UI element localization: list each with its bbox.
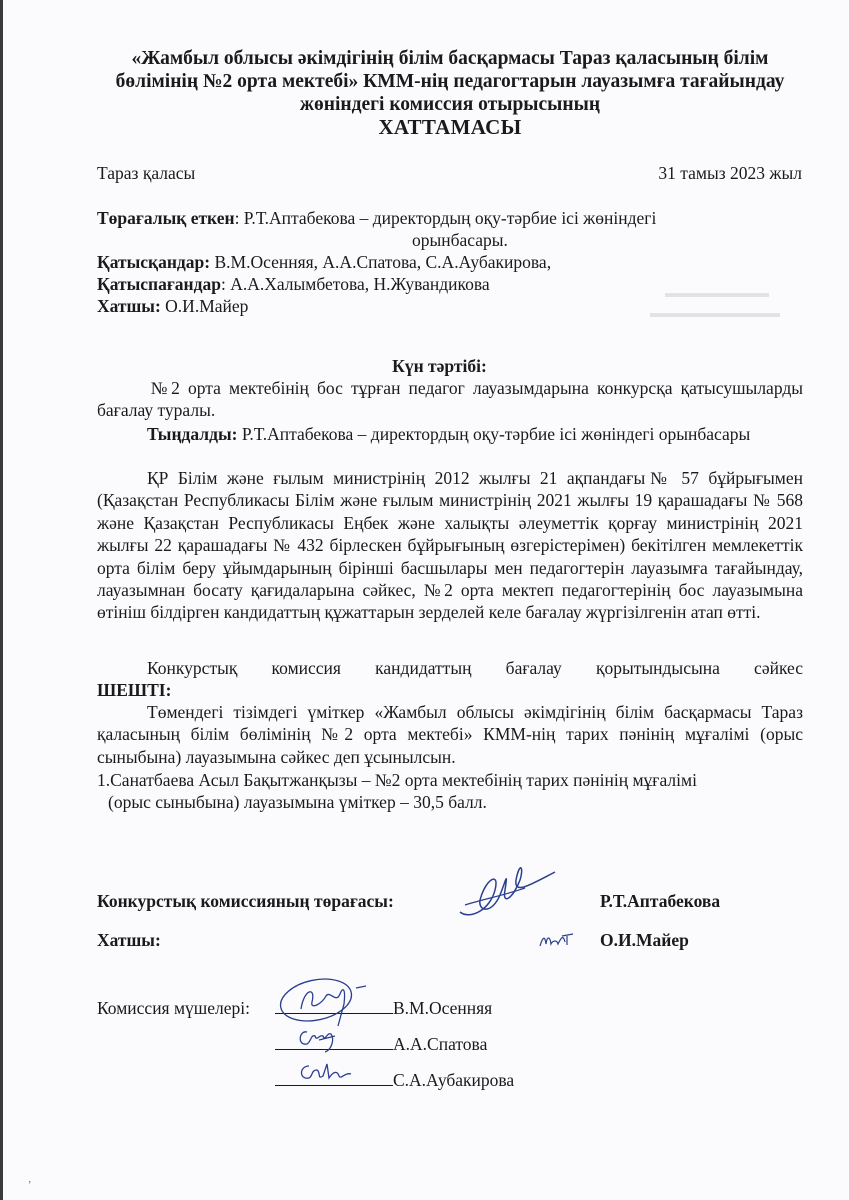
scanned-document-page: «Жамбыл облысы әкімдігінің білім басқарм…: [0, 0, 849, 1200]
scan-edge: [0, 0, 3, 1200]
title-line-3: жөніндегі комиссия отырысының: [100, 93, 800, 116]
heard-paragraph: Тыңдалды: Р.Т.Аптабекова – директордың о…: [97, 423, 803, 445]
secretary-signature-icon: [537, 928, 577, 950]
chair-label: Төрағалық еткен: [97, 208, 235, 228]
chair-line: Төрағалық еткен: Р.Т.Аптабекова – директ…: [97, 207, 656, 229]
body-paragraph: ҚР Білім және ғылым министрінің 2012 жыл…: [97, 467, 803, 624]
decision-paragraph-text: Төмендегі тізімдегі үміткер «Жамбыл облы…: [97, 702, 803, 767]
absent-value: : А.А.Халымбетова, Н.Жувандикова: [221, 274, 490, 294]
commission-paragraph: Конкурстық комиссия кандидаттың бағалау …: [97, 657, 803, 679]
present-value: В.М.Осенняя, А.А.Спатова, С.А.Аубакирова…: [210, 252, 551, 272]
agenda-text-content: №2 орта мектебінің бос тұрған педагог ла…: [97, 378, 803, 420]
scan-mark: ʼ: [28, 1180, 31, 1191]
date: 31 тамыз 2023 жыл: [658, 162, 802, 184]
member-name-3: С.А.Аубакирова: [393, 1070, 514, 1090]
decision-paragraph: Төмендегі тізімдегі үміткер «Жамбыл облы…: [97, 701, 803, 768]
chair-value: : Р.Т.Аптабекова – директордың оқу-тәрби…: [235, 208, 657, 228]
heard-label: Тыңдалды:: [147, 424, 237, 444]
document-title: «Жамбыл облысы әкімдігінің білім басқарм…: [100, 47, 800, 139]
body-paragraph-text: ҚР Білім және ғылым министрінің 2012 жыл…: [97, 468, 803, 622]
candidate-line-1: 1.Санатбаева Асыл Бақытжанқызы – №2 орта…: [97, 769, 697, 791]
secretary-signature-name: О.И.Майер: [600, 929, 689, 951]
member-2-signature-icon: [295, 1022, 355, 1057]
secretary-label: Хатшы:: [97, 296, 161, 316]
member-1-signature-icon: [276, 974, 386, 1029]
chair-signature-name: Р.Т.Аптабекова: [600, 890, 720, 912]
title-main: ХАТТАМАСЫ: [100, 116, 800, 139]
decided-label: ШЕШТІ:: [97, 679, 171, 701]
bleed-through-text: ▬▬▬▬▬▬▬▬: [665, 285, 769, 301]
present-line: Қатысқандар: В.М.Осенняя, А.А.Спатова, С…: [97, 251, 551, 273]
bleed-through-text: ▬▬▬▬▬▬▬▬▬▬: [650, 305, 780, 321]
present-label: Қатысқандар:: [97, 252, 210, 272]
member-name-1: В.М.Осенняя: [393, 998, 492, 1018]
heard-text: Р.Т.Аптабекова – директордың оқу-тәрбие …: [237, 424, 750, 444]
candidate-line-2: (орыс сыныбына) лауазымына үміткер – 30,…: [108, 791, 487, 813]
chair-signature-label: Конкурстық комиссияның төрағасы:: [97, 890, 394, 912]
secretary-line: Хатшы: О.И.Майер: [97, 295, 248, 317]
agenda-text: №2 орта мектебінің бос тұрған педагог ла…: [97, 377, 803, 422]
title-line-1: «Жамбыл облысы әкімдігінің білім басқарм…: [100, 47, 800, 70]
secretary-value: О.И.Майер: [161, 296, 249, 316]
absent-label: Қатыспағандар: [97, 274, 221, 294]
commission-paragraph-text: Конкурстық комиссия кандидаттың бағалау …: [147, 658, 803, 678]
member-name-2: А.А.Спатова: [393, 1034, 487, 1054]
secretary-signature-label: Хатшы:: [97, 929, 161, 951]
agenda-heading: Күн тәртібі:: [0, 355, 849, 377]
chair-value-cont: орынбасары.: [412, 229, 508, 251]
member-3-signature-icon: [295, 1058, 355, 1088]
chair-signature-icon: [450, 850, 560, 925]
city: Тараз қаласы: [97, 162, 195, 184]
members-label: Комиссия мүшелері:: [97, 997, 250, 1019]
title-line-2: бөлімінің №2 орта мектебі» КММ-нің педаг…: [100, 70, 800, 93]
absent-line: Қатыспағандар: А.А.Халымбетова, Н.Жуванд…: [97, 273, 490, 295]
